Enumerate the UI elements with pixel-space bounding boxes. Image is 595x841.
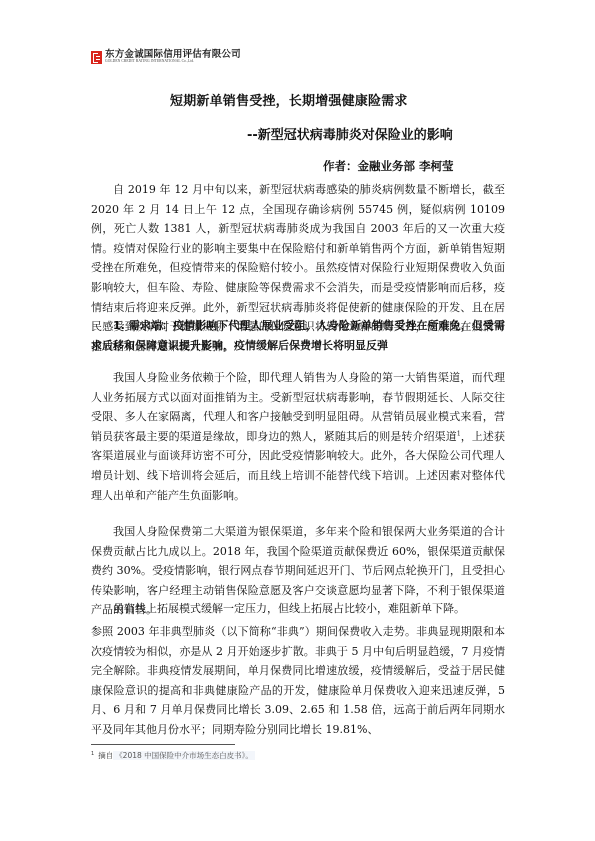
footnote-mark: 1 — [91, 751, 94, 757]
section-heading: 1. 需求端：疫情影响下代理人展业受阻，人身险新单销售受挫在所难免，但受需求后移… — [91, 316, 505, 355]
sars-comparison-paragraph: 参照 2003 年非典型肺炎（以下简称“非典”）期间保费收入走势。非典显现期限和… — [91, 622, 505, 740]
document-title: 短期新单销售受挫，长期增强健康险需求 — [170, 90, 408, 109]
footnote-reference-title: 《2018 中国保险中介市场生态白皮书》。 — [113, 751, 255, 760]
agent-channel-paragraph: 我国人身险业务依赖于个险，即代理人销售为人身险的第一大销售渠道，而代理人业务拓展… — [91, 368, 505, 505]
company-logo-icon — [91, 51, 102, 64]
footnote: 1摘自《2018 中国保险中介市场生态白皮书》。 — [91, 750, 255, 761]
document-subtitle: --新型冠状病毒肺炎对保险业的影响 — [247, 124, 453, 143]
company-name-en: GOLDEN CREDIT RATING INTERNATIONAL Co.,L… — [105, 60, 241, 64]
company-name-cn: 东方金诚国际信用评估有限公司 — [105, 50, 241, 60]
online-channel-paragraph: 虽有线上拓展模式缓解一定压力，但线上拓展占比较小，难阻新单下降。 — [91, 599, 505, 619]
company-name: 东方金诚国际信用评估有限公司 GOLDEN CREDIT RATING INTE… — [105, 50, 241, 64]
company-header: 东方金诚国际信用评估有限公司 GOLDEN CREDIT RATING INTE… — [91, 49, 241, 65]
paragraph-text: 我国人身险业务依赖于个险，即代理人销售为人身险的第一大销售渠道，而代理人业务拓展… — [91, 371, 505, 443]
footnote-prefix: 摘自 — [98, 751, 113, 760]
footnote-divider — [91, 744, 235, 745]
document-author: 作者：金融业务部 李柯莹 — [323, 158, 454, 174]
